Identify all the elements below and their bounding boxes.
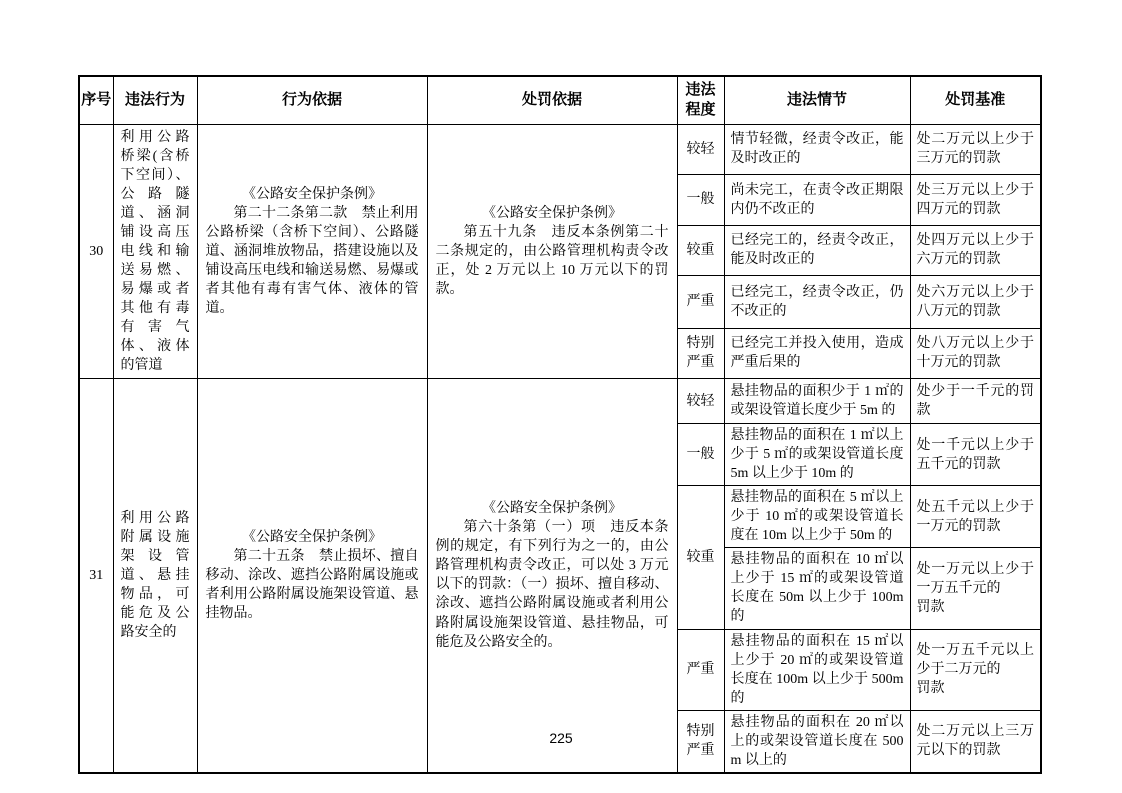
degree-cell: 特别严重: [677, 328, 724, 378]
circumstance-cell: 已经完工的，经责令改正，能及时改正的: [724, 225, 910, 275]
circumstance-cell: 尚未完工，在责令改正期限内仍不改正的: [724, 175, 910, 225]
column-header-benchmark: 处罚基准: [910, 76, 1041, 124]
regulation-body: 第五十九条 违反本条例第二十二条规定的，由公路管理机构责令改正，处 2 万元以上…: [436, 223, 669, 299]
regulation-body: 第二十二条第二款 禁止利用公路桥梁（含桥下空间）、公路隧道、涵洞堆放物品，搭建设…: [206, 204, 419, 318]
degree-cell: 一般: [677, 424, 724, 486]
degree-cell: 严重: [677, 276, 724, 329]
benchmark-cell: 处六万元以上少于八万元的罚款: [910, 276, 1041, 329]
column-header-behavior-basis: 行为依据: [197, 76, 427, 124]
degree-cell: 较重: [677, 225, 724, 275]
regulation-title: 《公路安全保护条例》: [206, 185, 419, 204]
benchmark-cell: 处一万五千元以上少于二万元的 罚款: [910, 629, 1041, 710]
benchmark-cell: 处一千元以上少于五千元的罚款: [910, 424, 1041, 486]
table-row: 30 利用公路桥梁(含桥下空间）、公路隧道、涵洞铺设高压电线和输送易燃、易爆或者…: [79, 124, 1041, 174]
benchmark-cell: 处五千元以上少于一万元的罚款: [910, 486, 1041, 548]
degree-cell: 严重: [677, 629, 724, 710]
circumstance-cell: 悬挂物品的面积在 5 ㎡以上少于 10 ㎡的或架设管道长度在 10m 以上少于 …: [724, 486, 910, 548]
row-number-cell: 31: [79, 379, 113, 773]
benchmark-cell: 处二万元以上少于三万元的罚款: [910, 124, 1041, 174]
circumstance-cell: 悬挂物品的面积在 10 ㎡以上少于 15 ㎡的或架设管道长度在 50m 以上少于…: [724, 548, 910, 629]
column-header-serial: 序号: [79, 76, 113, 124]
circumstance-cell: 悬挂物品的面积在 15 ㎡以上少于 20 ㎡的或架设管道长度在 100m 以上少…: [724, 629, 910, 710]
behavior-basis-cell: 《公路安全保护条例》 第二十二条第二款 禁止利用公路桥梁（含桥下空间）、公路隧道…: [197, 124, 427, 378]
degree-cell: 一般: [677, 175, 724, 225]
circumstance-cell: 已经完工，经责令改正，仍不改正的: [724, 276, 910, 329]
benchmark-cell: 处一万元以上少于一万五千元的 罚款: [910, 548, 1041, 629]
circumstance-cell: 悬挂物品的面积在 1 ㎡以上少于 5 ㎡的或架设管道长度 5m 以上少于 10m…: [724, 424, 910, 486]
column-header-behavior: 违法行为: [113, 76, 197, 124]
circumstance-cell: 已经完工并投入使用，造成严重后果的: [724, 328, 910, 378]
regulation-title: 《公路安全保护条例》: [436, 204, 669, 223]
benchmark-cell: 处三万元以上少于四万元的罚款: [910, 175, 1041, 225]
regulation-body: 第六十条第（一）项 违反本条例的规定，有下列行为之一的，由公路管理机构责令改正，…: [436, 518, 669, 651]
benchmark-cell: 处八万元以上少于十万元的罚款: [910, 328, 1041, 378]
regulation-body: 第二十五条 禁止损坏、擅自移动、涂改、遮挡公路附属设施或者利用公路附属设施架设管…: [206, 547, 419, 623]
degree-cell: 较重: [677, 486, 724, 629]
column-header-penalty-basis: 处罚依据: [427, 76, 677, 124]
column-header-degree: 违法程度: [677, 76, 724, 124]
penalty-basis-cell: 《公路安全保护条例》 第六十条第（一）项 违反本条例的规定，有下列行为之一的，由…: [427, 379, 677, 773]
penalty-table: 序号 违法行为 行为依据 处罚依据 违法程度 违法情节 处罚基准 30 利用公路…: [78, 75, 1042, 774]
table-row: 31 利用公路附属设施架设管道、悬挂物品，可能危及公路安全的 《公路安全保护条例…: [79, 379, 1041, 424]
behavior-cell: 利用公路附属设施架设管道、悬挂物品，可能危及公路安全的: [113, 379, 197, 773]
column-header-circumstance: 违法情节: [724, 76, 910, 124]
page-number: 225: [0, 730, 1122, 746]
benchmark-cell: 处四万元以上少于六万元的罚款: [910, 225, 1041, 275]
behavior-cell: 利用公路桥梁(含桥下空间）、公路隧道、涵洞铺设高压电线和输送易燃、易爆或者其他有…: [113, 124, 197, 378]
penalty-basis-cell: 《公路安全保护条例》 第五十九条 违反本条例第二十二条规定的，由公路管理机构责令…: [427, 124, 677, 378]
regulation-title: 《公路安全保护条例》: [436, 499, 669, 518]
document-page: 序号 违法行为 行为依据 处罚依据 违法程度 违法情节 处罚基准 30 利用公路…: [0, 0, 1122, 793]
circumstance-cell: 悬挂物品的面积少于 1 ㎡的或架设管道长度少于 5m 的: [724, 379, 910, 424]
row-number-cell: 30: [79, 124, 113, 378]
benchmark-cell: 处少于一千元的罚款: [910, 379, 1041, 424]
behavior-basis-cell: 《公路安全保护条例》 第二十五条 禁止损坏、擅自移动、涂改、遮挡公路附属设施或者…: [197, 379, 427, 773]
degree-cell: 较轻: [677, 124, 724, 174]
circumstance-cell: 情节轻微，经责令改正，能及时改正的: [724, 124, 910, 174]
header-row: 序号 违法行为 行为依据 处罚依据 违法程度 违法情节 处罚基准: [79, 76, 1041, 124]
regulation-title: 《公路安全保护条例》: [206, 528, 419, 547]
degree-cell: 较轻: [677, 379, 724, 424]
